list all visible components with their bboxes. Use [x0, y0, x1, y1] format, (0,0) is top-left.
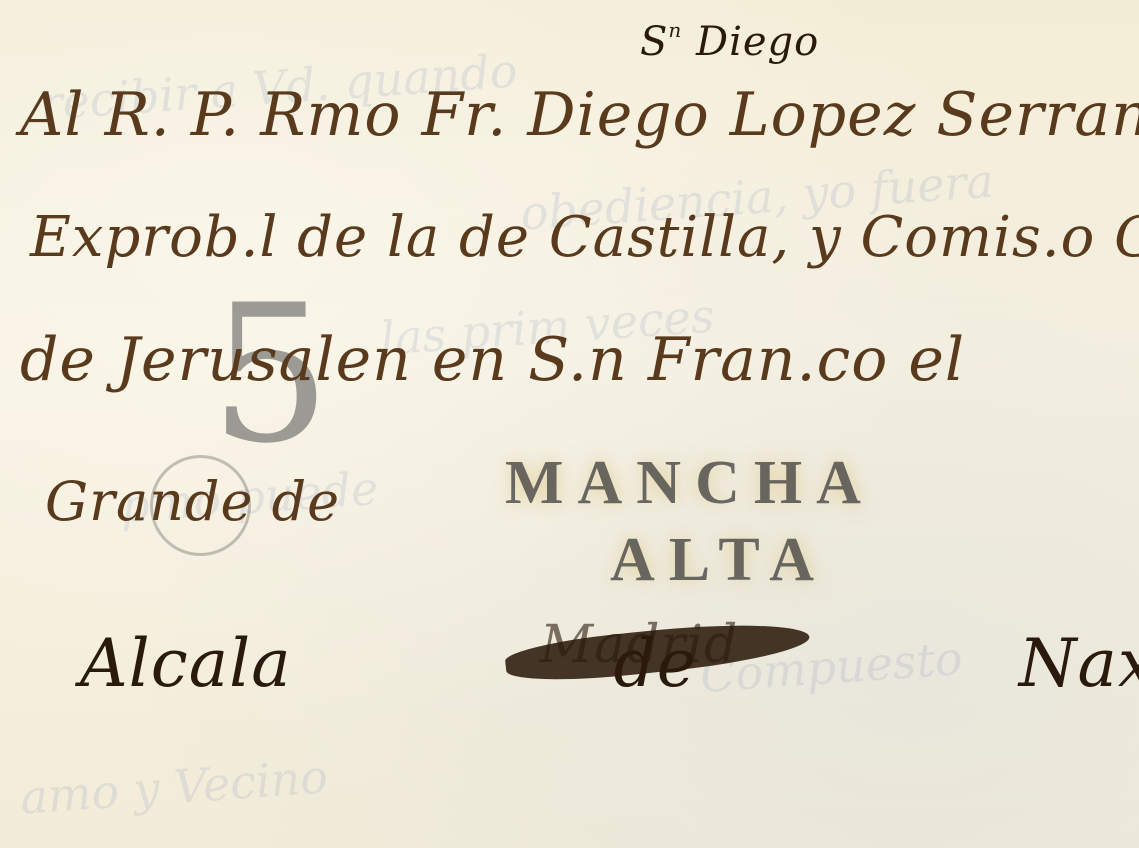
show-through-text: amo y Vecino [18, 749, 329, 824]
address-line-1: Al R. P. Rmo Fr. Diego Lopez Serrano [20, 80, 1139, 150]
address-line-2: Exprob.l de la de Castilla, y Comis.o Ge… [30, 205, 1139, 270]
address-line-4: Grande de [45, 470, 340, 533]
annotation-san-diego: Sn Diego [640, 18, 819, 65]
postmark-line1: MANCHA [505, 448, 875, 519]
letter-cover: recibir a Vd. quando obediencia, yo fuer… [0, 0, 1139, 848]
postmark-line2: ALTA [610, 525, 828, 596]
address-line-3: de Jerusalen en S.n Fran.co el [20, 325, 965, 395]
